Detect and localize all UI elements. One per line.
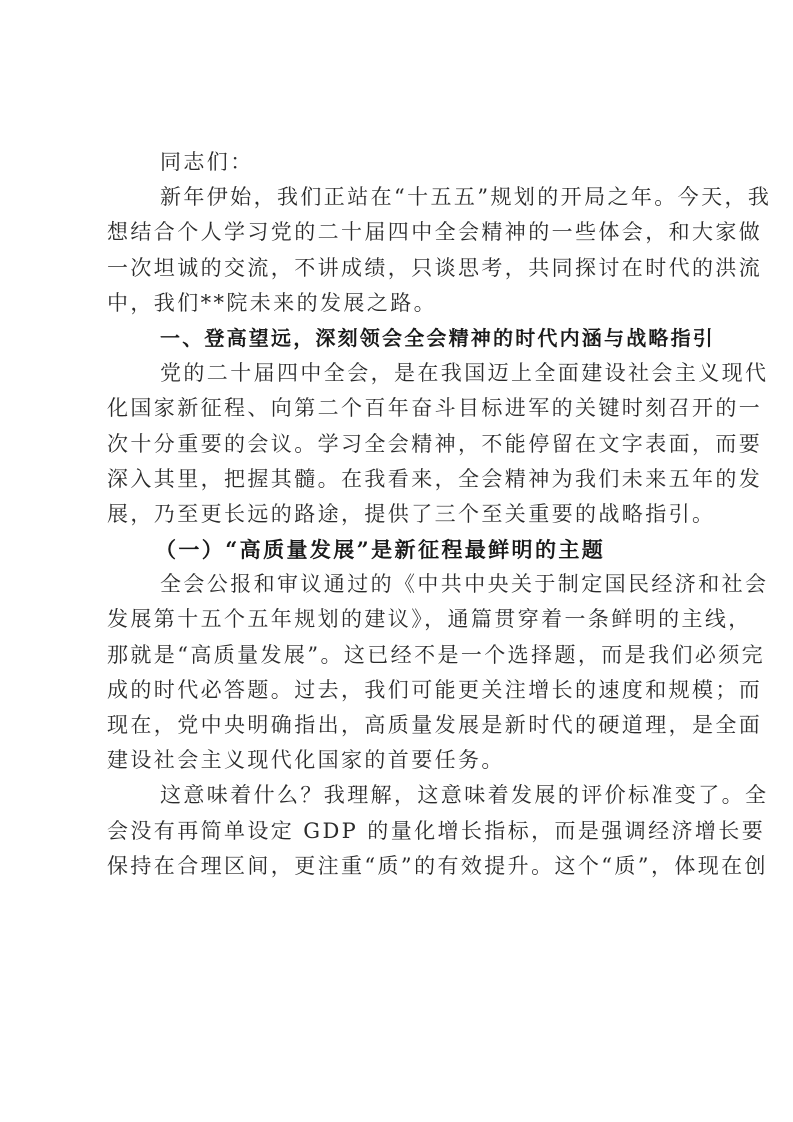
text-line: 全会公报和审议通过的《中共中央关于制定国民经济和社会 xyxy=(107,567,694,602)
paragraph-high-quality: 全会公报和审议通过的《中共中央关于制定国民经济和社会 发展第十五个五年规划的建议… xyxy=(107,567,694,778)
text-line: 这意味着什么？我理解，这意味着发展的评价标准变了。全 xyxy=(107,778,694,813)
document-page: 同志们： 新年伊始，我们正站在“十五五”规划的开局之年。今天，我 想结合个人学习… xyxy=(107,145,694,884)
text-line: 发展第十五个五年规划的建议》，通篇贯穿着一条鲜明的主线， xyxy=(107,602,694,637)
text-line: 想结合个人学习党的二十届四中全会精神的一些体会，和大家做 xyxy=(107,215,694,250)
text-line: 保持在合理区间，更注重“质”的有效提升。这个“质”，体现在创 xyxy=(107,849,694,884)
text-line: 次十分重要的会议。学习全会精神，不能停留在文字表面，而要 xyxy=(107,427,694,462)
text-line: 建设社会主义现代化国家的首要任务。 xyxy=(107,743,694,778)
text-line: 展，乃至更长远的路途，提供了三个至关重要的战略指引。 xyxy=(107,497,694,532)
section-heading-1: 一、登高望远，深刻领会全会精神的时代内涵与战略指引 xyxy=(107,321,694,356)
text-line: 党的二十届四中全会，是在我国迈上全面建设社会主义现代 xyxy=(107,356,694,391)
paragraph-meaning: 这意味着什么？我理解，这意味着发展的评价标准变了。全 会没有再简单设定 GDP … xyxy=(107,778,694,884)
paragraph-plenum: 党的二十届四中全会，是在我国迈上全面建设社会主义现代 化国家新征程、向第二个百年… xyxy=(107,356,694,532)
subheading-text: （一）“高质量发展”是新征程最鲜明的主题 xyxy=(107,532,694,567)
text-line: 那就是“高质量发展”。这已经不是一个选择题，而是我们必须完 xyxy=(107,638,694,673)
salutation: 同志们： xyxy=(107,145,694,180)
paragraph-intro: 新年伊始，我们正站在“十五五”规划的开局之年。今天，我 想结合个人学习党的二十届… xyxy=(107,180,694,321)
text-line: 新年伊始，我们正站在“十五五”规划的开局之年。今天，我 xyxy=(107,180,694,215)
text-line: 现在，党中央明确指出，高质量发展是新时代的硬道理，是全面 xyxy=(107,708,694,743)
text-line: 会没有再简单设定 GDP 的量化增长指标，而是强调经济增长要 xyxy=(107,814,694,849)
text-line: 化国家新征程、向第二个百年奋斗目标进军的关键时刻召开的一 xyxy=(107,391,694,426)
text-line: 深入其里，把握其髓。在我看来，全会精神为我们未来五年的发 xyxy=(107,462,694,497)
heading-text: 一、登高望远，深刻领会全会精神的时代内涵与战略指引 xyxy=(107,321,694,356)
text-line: 中，我们**院未来的发展之路。 xyxy=(107,286,694,321)
text-line: 成的时代必答题。过去，我们可能更关注增长的速度和规模；而 xyxy=(107,673,694,708)
subsection-heading-1: （一）“高质量发展”是新征程最鲜明的主题 xyxy=(107,532,694,567)
text-line: 一次坦诚的交流，不讲成绩，只谈思考，共同探讨在时代的洪流 xyxy=(107,251,694,286)
